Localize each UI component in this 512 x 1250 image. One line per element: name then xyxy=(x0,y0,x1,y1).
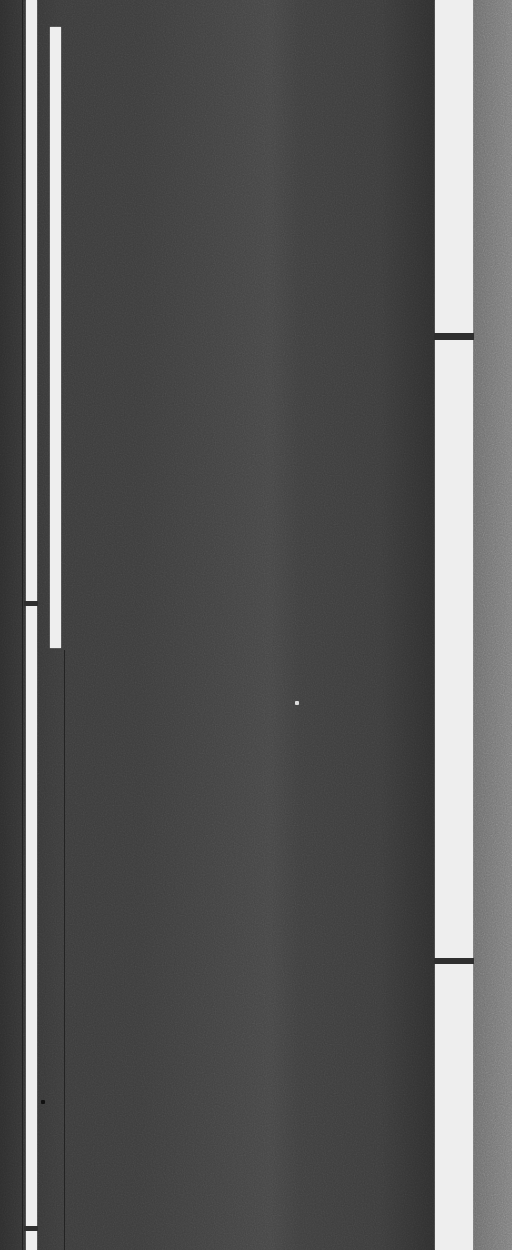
line-joint xyxy=(24,601,38,606)
line-joint xyxy=(434,958,474,964)
line-joint xyxy=(24,1226,38,1231)
dark-spot xyxy=(41,1100,45,1104)
left-edge-line xyxy=(26,0,37,1250)
right-edge-line xyxy=(435,0,473,1250)
crack-line xyxy=(64,650,65,1250)
left-inner-line xyxy=(50,27,61,648)
line-joint xyxy=(434,333,474,340)
road-aerial-image xyxy=(0,0,512,1250)
debris-spot xyxy=(295,701,299,705)
crack-line xyxy=(22,0,23,1250)
